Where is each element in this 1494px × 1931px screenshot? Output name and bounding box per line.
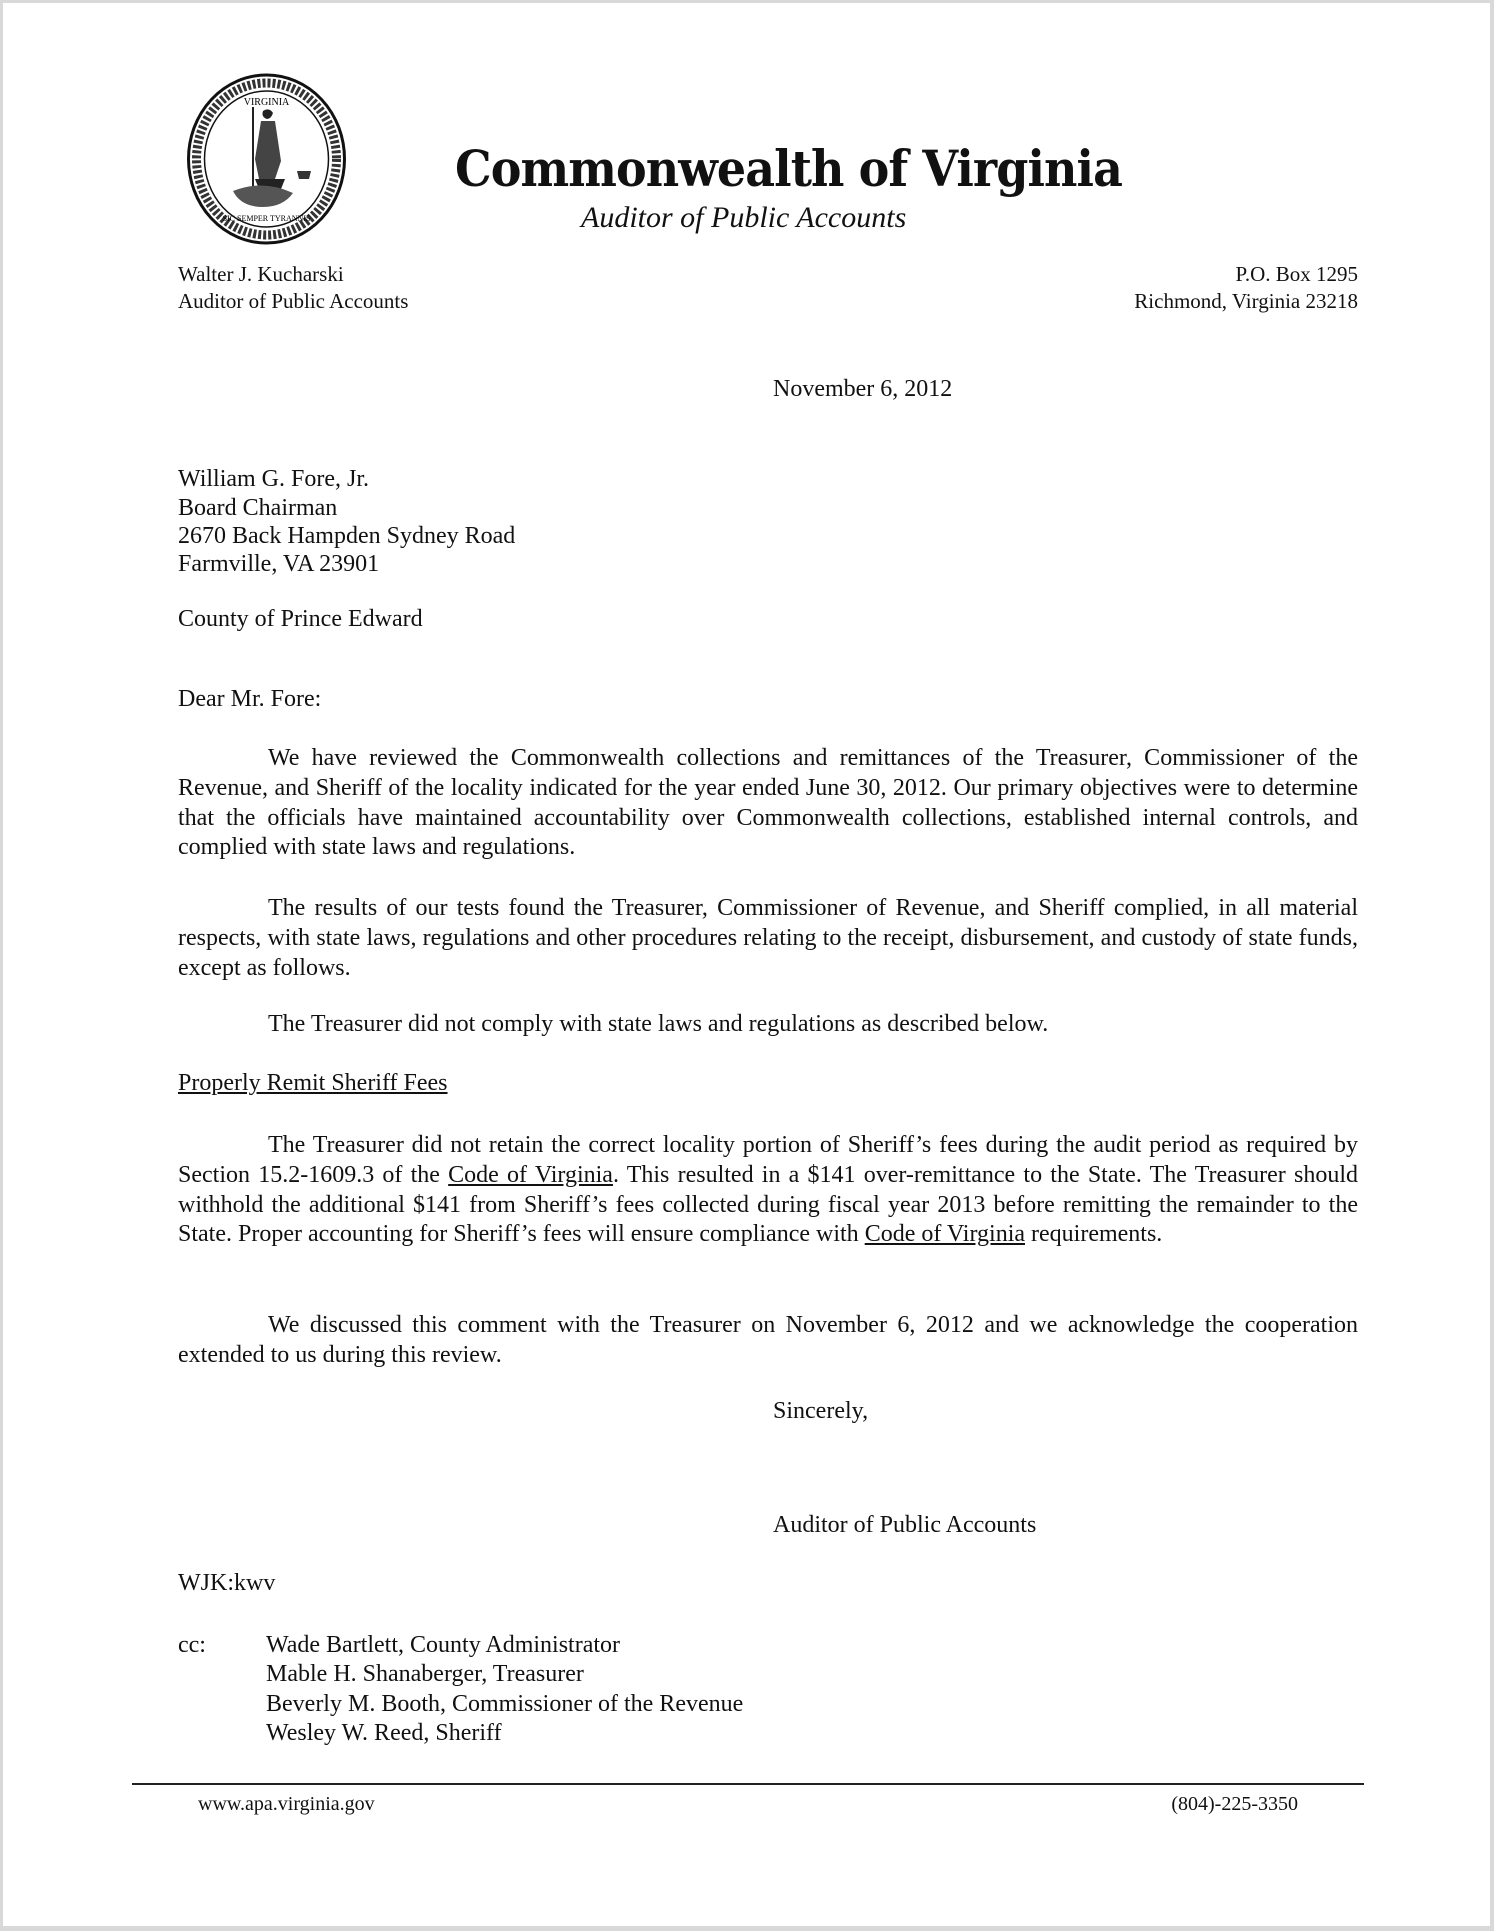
typist-initials: WJK:kwv: [178, 1569, 275, 1599]
footer-website: www.apa.virginia.gov: [198, 1791, 375, 1818]
recipient-locality: County of Prince Edward: [178, 605, 423, 635]
body-paragraph-4: The Treasurer did not retain the correct…: [178, 1131, 1358, 1250]
body-paragraph-1: We have reviewed the Commonwealth collec…: [178, 744, 1358, 863]
letterhead-title: Commonwealth of Virginia: [455, 139, 1122, 198]
cc-label: cc:: [178, 1631, 206, 1661]
svg-text:VIRGINIA: VIRGINIA: [244, 97, 290, 108]
sender-title: Auditor of Public Accounts: [178, 288, 408, 315]
cc-recipient: Wesley W. Reed, Sheriff: [266, 1719, 502, 1749]
closing-signature: Auditor of Public Accounts: [773, 1511, 1036, 1541]
recipient-line: Board Chairman: [178, 494, 337, 524]
recipient-line: William G. Fore, Jr.: [178, 465, 369, 495]
svg-text:SIC SEMPER TYRANNIS: SIC SEMPER TYRANNIS: [223, 214, 311, 223]
footer-phone: (804)-225-3350: [1171, 1791, 1298, 1818]
virginia-seal-icon: VIRGINIA SIC SEMPER TYRANNIS: [185, 71, 348, 247]
recipient-line: Farmville, VA 23901: [178, 550, 379, 580]
cc-recipient: Wade Bartlett, County Administrator: [266, 1631, 620, 1661]
address-line-2: Richmond, Virginia 23218: [1134, 288, 1358, 315]
cc-recipient: Mable H. Shanaberger, Treasurer: [266, 1660, 584, 1690]
salutation: Dear Mr. Fore:: [178, 685, 321, 715]
letter-date: November 6, 2012: [773, 375, 952, 405]
code-of-virginia-reference: Code of Virginia: [448, 1162, 613, 1188]
body-paragraph-3: The Treasurer did not comply with state …: [178, 1010, 1358, 1040]
body-paragraph-5: We discussed this comment with the Treas…: [178, 1311, 1358, 1371]
recipient-line: 2670 Back Hampden Sydney Road: [178, 522, 515, 552]
body-paragraph-2: The results of our tests found the Treas…: [178, 894, 1358, 983]
footer-divider: [132, 1783, 1364, 1785]
cc-recipient: Beverly M. Booth, Commissioner of the Re…: [266, 1690, 743, 1720]
letter-page: VIRGINIA SIC SEMPER TYRANNIS Commonwealt…: [3, 3, 1490, 1926]
code-of-virginia-reference: Code of Virginia: [865, 1221, 1025, 1247]
closing-sincerely: Sincerely,: [773, 1397, 868, 1427]
section-heading: Properly Remit Sheriff Fees: [178, 1069, 448, 1099]
letterhead-subtitle: Auditor of Public Accounts: [581, 201, 906, 235]
sender-name: Walter J. Kucharski: [178, 261, 344, 288]
address-line-1: P.O. Box 1295: [1235, 261, 1358, 288]
